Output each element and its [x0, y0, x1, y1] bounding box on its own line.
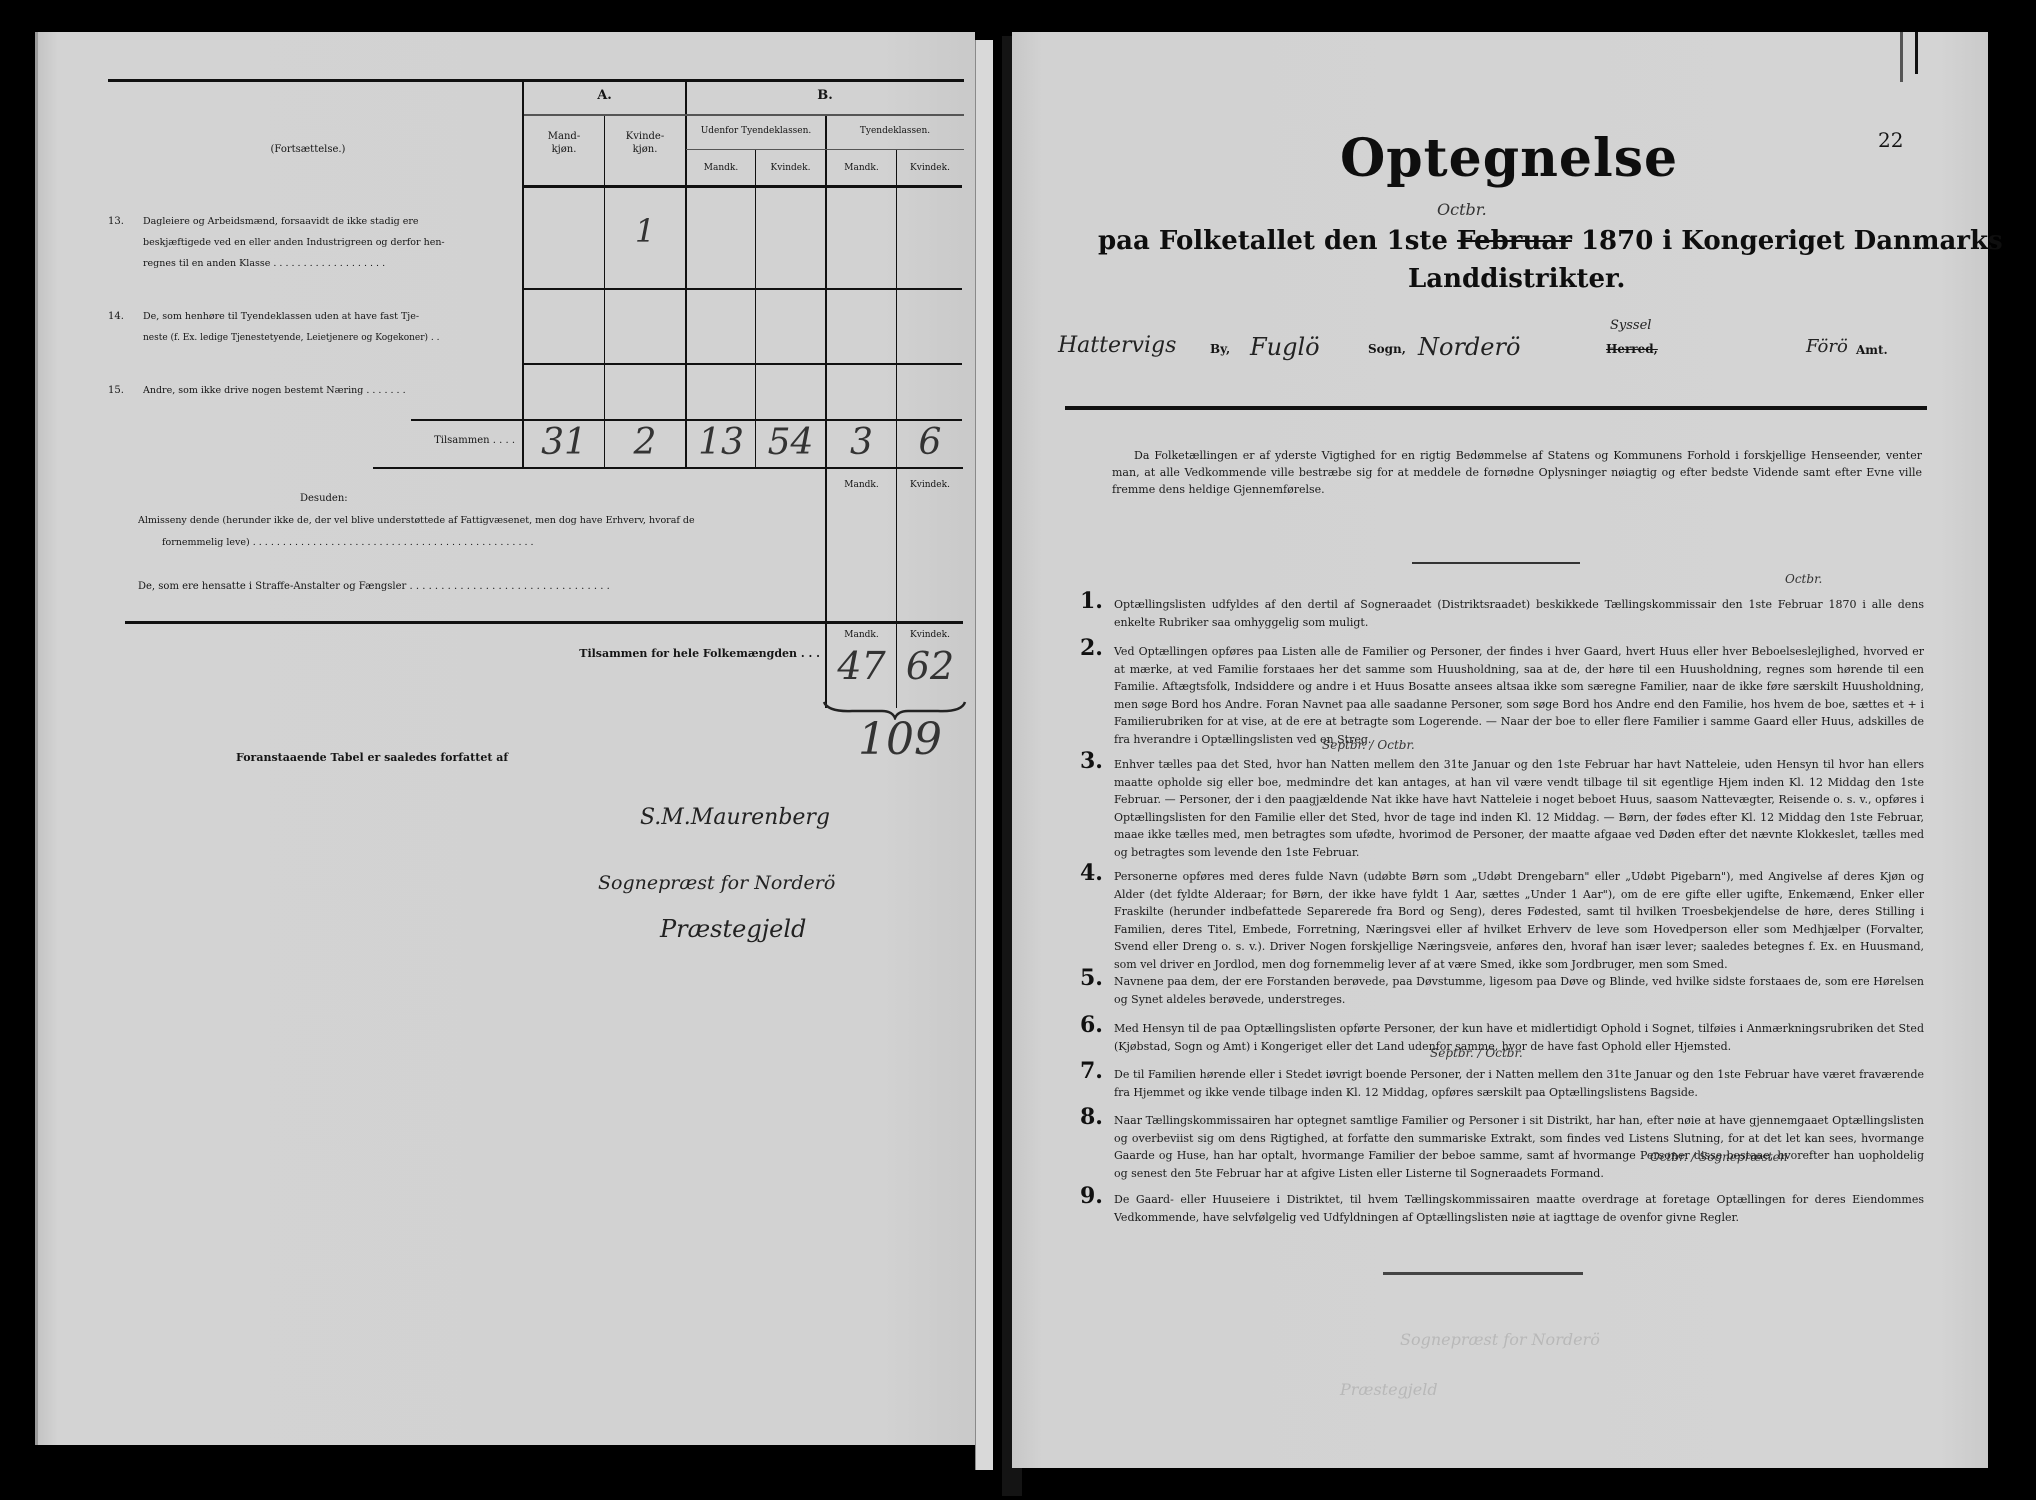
document-title: Optegnelse	[1340, 128, 1678, 189]
item-number: 9.	[1080, 1183, 1103, 1209]
ink-mark	[1900, 32, 1903, 82]
item-text: Enhver tælles paa det Sted, hvor han Nat…	[1114, 756, 1924, 861]
grand-total-male: 47	[827, 644, 896, 688]
closing-rule	[1383, 1272, 1583, 1275]
besides-label: Desuden:	[300, 492, 348, 505]
row-14-rule	[522, 363, 962, 365]
item-annotation: Septbr. / Octbr.	[1430, 1046, 1523, 1060]
header-bottom-rule	[522, 185, 962, 188]
grand-col-female: Kvindek.	[897, 630, 963, 640]
total-b-outside-male: 13	[687, 422, 755, 463]
sogn-label: Sogn,	[1368, 342, 1406, 356]
col-b-servants: Tyendeklassen.	[827, 126, 963, 136]
amt-value: Förö	[1806, 336, 1848, 357]
row-13-rule	[522, 288, 962, 290]
intro-paragraph: Da Folketællingen er af yderste Vigtighe…	[1112, 447, 1922, 498]
page-fold-edge	[975, 40, 993, 1470]
bleed-through-text: Præstegjeld	[1340, 1380, 1438, 1399]
row-number: 13.	[108, 215, 124, 228]
signature-name: S.M.Maurenberg	[640, 805, 830, 830]
row-text: regnes til en anden Klasse . . . . . . .…	[143, 257, 513, 270]
row-text: Dagleiere og Arbeidsmænd, forsaavidt de …	[143, 215, 513, 228]
group-header-rule	[524, 114, 964, 116]
item-number: 6.	[1080, 1012, 1103, 1038]
herred-value: Norderö	[1418, 333, 1520, 361]
subtitle-line: paa Folketallet den 1ste Februar 1870 i …	[1098, 226, 2003, 256]
row-number: 15.	[108, 384, 124, 397]
grand-total-label: Tilsammen for hele Folkemængden . . .	[540, 647, 820, 660]
col-b-servants-male: Mandk.	[827, 163, 896, 173]
item-number: 2.	[1080, 635, 1103, 661]
total-a-female: 2	[605, 422, 685, 463]
col-b-outside-female: Kvindek.	[756, 163, 825, 173]
date-annotation: Octbr.	[1437, 200, 1487, 219]
item-text: Personerne opføres med deres fulde Navn …	[1114, 868, 1924, 973]
col-border-a-split	[604, 115, 605, 469]
subtitle-struck-month: Februar	[1457, 226, 1572, 256]
subtitle-pre: paa Folketallet den 1ste	[1098, 226, 1448, 256]
row-text: beskjæftigede ved en eller anden Industr…	[143, 236, 513, 249]
row-text: De, som henhøre til Tyendeklassen uden a…	[143, 310, 513, 323]
total-label: Tilsammen . . . .	[390, 434, 515, 447]
row-number: 14.	[108, 310, 124, 323]
item-number: 5.	[1080, 965, 1103, 991]
subtitle-line-2: Landdistrikter.	[1408, 264, 1625, 294]
col-border-b-split	[825, 115, 827, 708]
besides-bottom-rule	[125, 621, 963, 624]
item-text: Ved Optællingen opføres paa Listen alle …	[1114, 643, 1924, 748]
sogn-value: Fuglö	[1250, 333, 1320, 361]
header-divider	[1065, 406, 1927, 410]
item-text: De Gaard- eller Huuseiere i Distriktet, …	[1114, 1191, 1924, 1226]
alms-line-2: fornemmelig leve) . . . . . . . . . . . …	[162, 536, 818, 549]
subtitle-post: 1870 i Kongeriget Danmarks	[1581, 226, 2003, 256]
herred-annotation: Syssel	[1610, 318, 1651, 333]
section-rule	[1412, 562, 1580, 564]
item-text: Navnene paa dem, der ere Forstanden berø…	[1114, 973, 1924, 1008]
item-annotation: Octbr.	[1785, 572, 1822, 586]
signature-parish: Præstegjeld	[660, 915, 806, 943]
total-b-outside-female: 54	[756, 422, 825, 463]
item-number: 7.	[1080, 1058, 1103, 1084]
grand-total-sum: 109	[840, 714, 960, 765]
row-15-rule	[411, 419, 962, 421]
amt-label: Amt.	[1856, 343, 1888, 357]
page-number: 22	[1878, 128, 1903, 152]
grand-col-male: Mandk.	[827, 630, 896, 640]
prisons-line: De, som ere hensatte i Straffe-Anstalter…	[138, 580, 818, 593]
item-text: Optællingslisten udfyldes af den dertil …	[1114, 596, 1924, 631]
group-b-label: B.	[687, 88, 963, 103]
row-text: neste (f. Ex. ledige Tjenestetyende, Lei…	[143, 332, 513, 345]
item-number: 1.	[1080, 588, 1103, 614]
authored-by-label: Foranstaaende Tabel er saaledes forfatte…	[236, 751, 508, 764]
col-border-ab	[685, 80, 687, 469]
signature-title: Sognepræst for Norderö	[598, 872, 835, 894]
col-a-male: Mand- kjøn.	[524, 130, 604, 156]
by-value: Hattervigs	[1058, 333, 1176, 358]
grand-total-female: 62	[897, 644, 963, 688]
total-a-male: 31	[524, 422, 604, 463]
col-b-servants-female: Kvindek.	[897, 163, 963, 173]
top-rule	[108, 79, 964, 82]
besides-col-female: Kvindek.	[897, 480, 963, 490]
herred-label: Herred,	[1606, 342, 1658, 356]
col-b-outside: Udenfor Tyendeklassen.	[687, 126, 825, 136]
ink-mark	[1915, 32, 1918, 74]
row-text: Andre, som ikke drive nogen bestemt Næri…	[143, 384, 513, 397]
item-number: 4.	[1080, 860, 1103, 886]
item-annotation: Septbr. / Octbr.	[1322, 738, 1415, 752]
by-label: By,	[1210, 342, 1230, 356]
total-b-servants-male: 3	[827, 422, 896, 463]
alms-line-1: Almisseny dende (herunder ikke de, der v…	[138, 514, 818, 527]
item-text: Naar Tællingskommissairen har optegnet s…	[1114, 1112, 1924, 1182]
besides-col-male: Mandk.	[827, 480, 896, 490]
bleed-through-text: Sognepræst for Norderö	[1400, 1330, 1600, 1349]
group-a-label: A.	[524, 88, 685, 103]
subgroup-rule	[686, 149, 964, 150]
total-row-rule	[373, 467, 963, 469]
col-b-outside-male: Mandk.	[687, 163, 755, 173]
continuation-label: (Fortsættelse.)	[108, 143, 508, 156]
item-text: De til Familien hørende eller i Stedet i…	[1114, 1066, 1924, 1101]
cell-a-female: 1	[605, 212, 685, 250]
total-b-servants-female: 6	[897, 422, 963, 463]
item-number: 3.	[1080, 748, 1103, 774]
item-number: 8.	[1080, 1104, 1103, 1130]
col-a-female: Kvinde- kjøn.	[605, 130, 685, 156]
